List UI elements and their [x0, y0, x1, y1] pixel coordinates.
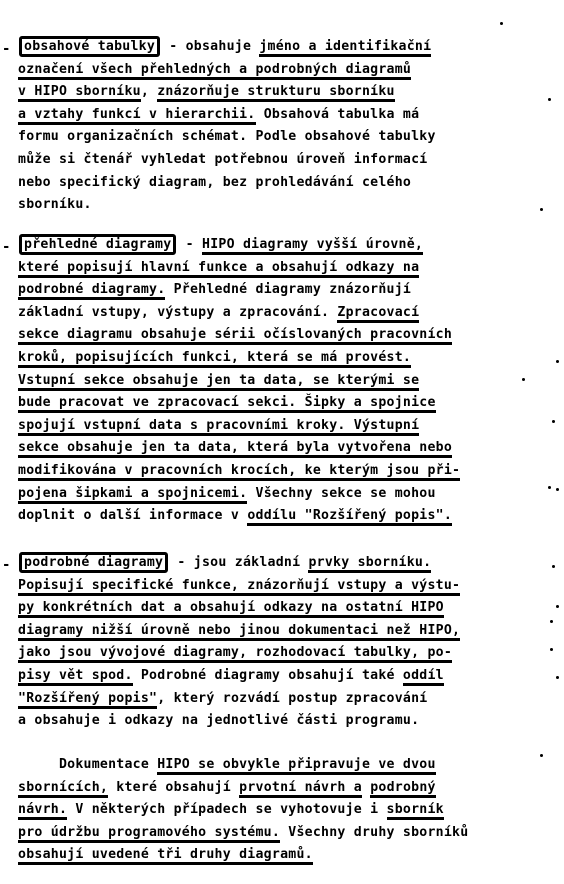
underlined-text: jméno a identifikační: [259, 39, 431, 57]
underlined-text: sbornících,: [18, 780, 108, 798]
text-segment: Všechny sekce se mohou: [247, 486, 435, 501]
scan-speck: [540, 754, 543, 757]
text-line: a vztahy funkcí v hierarchii. Obsahová t…: [18, 106, 419, 124]
text-line: sekce diagramu obsahuje sérii očíslovaný…: [18, 326, 452, 344]
text-segment: [362, 780, 370, 795]
scan-speck: [556, 676, 559, 679]
underlined-text: diagramy nižší úrovně nebo jinou dokumen…: [18, 623, 460, 641]
text-segment: - jsou základní: [169, 555, 308, 570]
boxed-term: obsahové tabulky: [19, 36, 160, 57]
underlined-text: HIPO se obvykle připravuje ve dvou: [157, 757, 435, 775]
scan-speck: [540, 208, 543, 211]
underlined-text: znázorňuje strukturu sborníku: [157, 84, 395, 102]
underlined-text: návrh.: [18, 802, 67, 820]
underlined-text: jako jsou vývojové diagramy, rozhodovací…: [18, 645, 452, 663]
text-line: nebo specifický diagram, bez prohledáván…: [18, 174, 411, 192]
text-segment: může si čtenář vyhledat potřebnou úroveň…: [18, 152, 427, 167]
underlined-text: pisy vět spod.: [18, 668, 133, 686]
bullet-dash: -: [2, 238, 10, 256]
boxed-term: podrobné diagramy: [19, 552, 168, 573]
boxed-term-label: přehledné diagramy: [24, 237, 171, 254]
bullet-dash: -: [2, 40, 10, 58]
underlined-text: Popisují specifické funkce, znázorňují v…: [18, 578, 460, 596]
text-line: Vstupní sekce obsahuje jen ta data, se k…: [18, 372, 419, 390]
text-line: jako jsou vývojové diagramy, rozhodovací…: [18, 644, 452, 662]
text-line: může si čtenář vyhledat potřebnou úroveň…: [18, 151, 427, 169]
underlined-text: Vstupní sekce obsahuje jen ta data, se k…: [18, 373, 419, 391]
text-line: které popisují hlavní funkce a obsahují …: [18, 259, 419, 277]
underlined-text: "Rozšířený popis": [18, 691, 157, 709]
text-line: sborníku.: [18, 196, 92, 214]
text-line: základní vstupy, výstupy a zpracování. Z…: [18, 304, 419, 322]
text-segment: základní vstupy, výstupy a zpracování.: [18, 305, 337, 320]
text-line: bude pracovat ve zpracovací sekci. Šipky…: [18, 394, 436, 412]
scan-speck: [548, 486, 551, 489]
text-segment: Podrobné diagramy obsahují také: [133, 668, 403, 683]
text-line: Dokumentace HIPO se obvykle připravuje v…: [18, 756, 436, 774]
text-segment: Obsahová tabulka má: [256, 107, 420, 122]
underlined-text: sborník: [387, 802, 444, 820]
underlined-text: podrobné diagramy.: [18, 282, 165, 300]
text-line: "Rozšířený popis", který rozvádí postup …: [18, 690, 428, 708]
text-segment: V některých případech se vyhotovuje i: [67, 802, 386, 817]
underlined-text: modifikována v pracovních krocích, ke kt…: [18, 463, 460, 481]
text-line: podrobné diagramy - jsou základní prvky …: [18, 554, 431, 572]
text-segment: Všechny druhy sborníků: [280, 825, 468, 840]
text-line: návrh. V některých případech se vyhotovu…: [18, 801, 444, 819]
text-segment: - obsahuje: [161, 39, 259, 54]
text-segment: nebo specifický diagram, bez prohledáván…: [18, 175, 411, 190]
underlined-text: podrobný: [370, 780, 436, 798]
text-segment: -: [177, 237, 202, 252]
text-line: přehledné diagramy - HIPO diagramy vyšší…: [18, 236, 423, 254]
text-line: modifikována v pracovních krocích, ke kt…: [18, 462, 460, 480]
text-line: diagramy nižší úrovně nebo jinou dokumen…: [18, 622, 460, 640]
underlined-text: obsahují uvedené tři druhy diagramů.: [18, 847, 313, 865]
underlined-text: py konkrétních dat a obsahují odkazy na …: [18, 600, 444, 618]
text-line: v HIPO sborníku, znázorňuje strukturu sb…: [18, 83, 395, 101]
underlined-text: v HIPO sborníku: [18, 84, 141, 102]
text-line: doplnit o další informace v oddílu "Rozš…: [18, 507, 452, 525]
scan-speck: [548, 98, 551, 101]
scan-speck: [556, 360, 559, 363]
text-line: obsahové tabulky - obsahuje jméno a iden…: [18, 38, 431, 56]
underlined-text: sekce diagramu obsahuje sérii očíslovaný…: [18, 327, 452, 345]
text-segment: sborníku.: [18, 197, 92, 212]
underlined-text: sekce obsahuje jen ta data, která byla v…: [18, 440, 452, 458]
scan-speck: [556, 488, 559, 491]
boxed-term-label: obsahové tabulky: [24, 39, 155, 56]
text-line: sekce obsahuje jen ta data, která byla v…: [18, 439, 452, 457]
text-line: podrobné diagramy. Přehledné diagramy zn…: [18, 281, 411, 299]
scan-speck: [550, 648, 553, 651]
text-segment: Přehledné diagramy znázorňují: [165, 282, 411, 297]
underlined-text: označení všech přehledných a podrobných …: [18, 62, 411, 80]
text-segment: , který rozvádí postup zpracování: [157, 691, 427, 706]
text-segment: a obsahuje i odkazy na jednotlivé části …: [18, 713, 419, 728]
underlined-text: a vztahy funkcí v hierarchii.: [18, 107, 256, 125]
boxed-term-label: podrobné diagramy: [24, 555, 163, 572]
text-segment: které obsahují: [108, 780, 239, 795]
underlined-text: kroků, popisujících funkci, která se má …: [18, 350, 411, 368]
underlined-text: Zpracovací: [337, 305, 419, 323]
scan-speck: [552, 565, 555, 568]
scan-speck: [556, 605, 559, 608]
bullet-dash: -: [2, 556, 10, 574]
scan-speck: [552, 420, 555, 423]
text-line: pojena šipkami a spojnicemi. Všechny sek…: [18, 485, 436, 503]
scan-speck: [522, 378, 525, 381]
text-segment: ,: [141, 84, 157, 99]
text-line: Popisují specifické funkce, znázorňují v…: [18, 577, 460, 595]
underlined-text: bude pracovat ve zpracovací sekci. Šipky…: [18, 395, 436, 413]
text-line: obsahují uvedené tři druhy diagramů.: [18, 846, 313, 864]
underlined-text: pojena šipkami a spojnicemi.: [18, 486, 247, 504]
text-line: spojují vstupní data s pracovními kroky.…: [18, 417, 419, 435]
text-line: označení všech přehledných a podrobných …: [18, 61, 411, 79]
text-line: a obsahuje i odkazy na jednotlivé části …: [18, 712, 419, 730]
underlined-text: HIPO diagramy vyšší úrovně,: [202, 237, 423, 255]
boxed-term: přehledné diagramy: [19, 234, 176, 255]
text-segment: doplnit o další informace v: [18, 508, 247, 523]
scan-speck: [500, 22, 503, 25]
underlined-text: oddílu "Rozšířený popis".: [247, 508, 452, 526]
text-line: pisy vět spod. Podrobné diagramy obsahuj…: [18, 667, 444, 685]
text-line: sbornících, které obsahují prvotní návrh…: [18, 779, 436, 797]
text-segment: Dokumentace: [18, 757, 157, 772]
underlined-text: které popisují hlavní funkce a obsahují …: [18, 260, 419, 278]
scan-speck: [550, 620, 553, 623]
scanned-document-page: -obsahové tabulky - obsahuje jméno a ide…: [0, 0, 564, 884]
text-line: formu organizačních schémat. Podle obsah…: [18, 128, 436, 146]
underlined-text: prvotní návrh a: [239, 780, 362, 798]
underlined-text: spojují vstupní data s pracovními kroky.…: [18, 418, 419, 436]
underlined-text: prvky sborníku.: [308, 555, 431, 573]
text-segment: formu organizačních schémat. Podle obsah…: [18, 129, 436, 144]
text-line: pro údržbu programového systému. Všechny…: [18, 824, 468, 842]
underlined-text: oddíl: [403, 668, 444, 686]
underlined-text: pro údržbu programového systému.: [18, 825, 280, 843]
text-line: py konkrétních dat a obsahují odkazy na …: [18, 599, 444, 617]
text-line: kroků, popisujících funkci, která se má …: [18, 349, 411, 367]
